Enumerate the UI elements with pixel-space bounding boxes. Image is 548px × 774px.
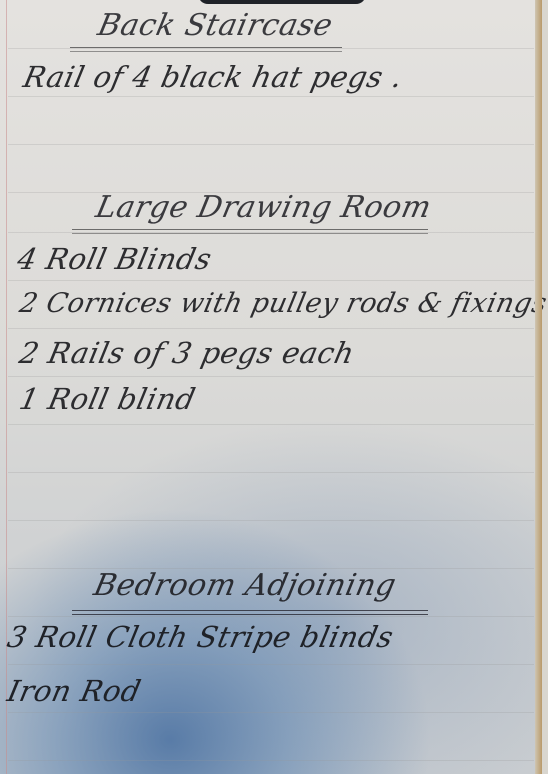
- margin-line: [6, 0, 7, 774]
- ruled-line: [8, 712, 534, 713]
- heading-underline: [70, 47, 342, 52]
- ruled-line: [8, 280, 534, 281]
- heading-underline: [72, 610, 428, 615]
- heading-underline: [72, 229, 428, 234]
- ruled-line: [8, 424, 534, 425]
- inventory-item: Iron Rod: [4, 674, 144, 708]
- ledger-page: Back Staircase Rail of 4 black hat pegs …: [0, 0, 542, 774]
- ruled-line: [8, 760, 534, 761]
- ruled-line: [8, 144, 534, 145]
- inventory-item: 3 Roll Cloth Stripe blinds: [4, 620, 396, 654]
- inventory-item: 4 Roll Blinds: [14, 242, 214, 276]
- ruled-line: [8, 376, 534, 377]
- section-heading-bedroom-adjoining: Bedroom Adjoining: [90, 568, 400, 607]
- section-heading-back-staircase: Back Staircase: [94, 8, 336, 47]
- inventory-item: 1 Roll blind: [16, 382, 198, 416]
- ruled-line: [8, 664, 534, 665]
- page-edge: [535, 0, 542, 774]
- camera-notch: [198, 0, 366, 4]
- ruled-line: [8, 520, 534, 521]
- inventory-item: 2 Rails of 3 pegs each: [16, 336, 357, 370]
- ruled-line: [8, 616, 534, 617]
- inventory-item: Rail of 4 black hat pegs .: [20, 60, 405, 94]
- inventory-item: 2 Cornices with pulley rods & fixings: [17, 288, 548, 319]
- ruled-line: [8, 472, 534, 473]
- ruled-line: [8, 96, 534, 97]
- ruled-line: [8, 328, 534, 329]
- section-heading-large-drawing-room: Large Drawing Room: [92, 190, 435, 229]
